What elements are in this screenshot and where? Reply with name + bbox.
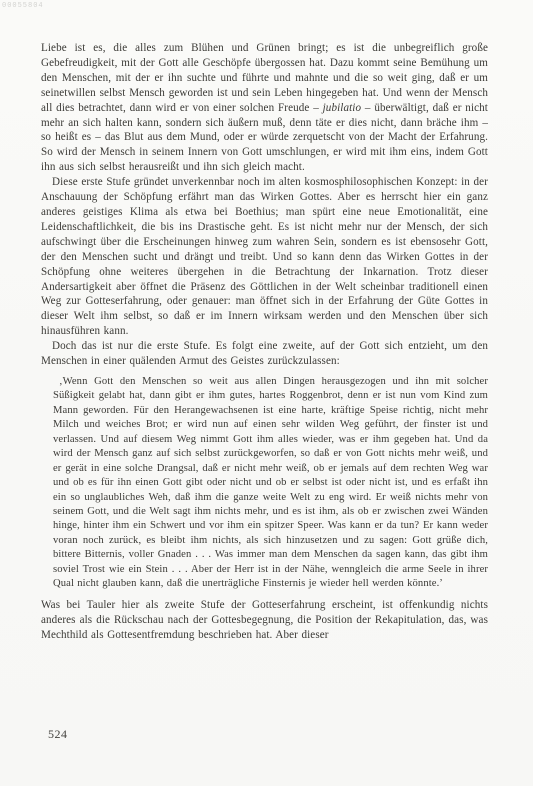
tauler-block-quote: ‚Wenn Gott den Menschen so weit aus alle… — [53, 375, 488, 592]
body-paragraph-2: Diese erste Stufe gründet unverkennbar n… — [41, 175, 488, 339]
body-paragraph-4: Was bei Tauler hier als zweite Stufe der… — [41, 598, 488, 643]
scanned-book-page: 00055804 Liebe ist es, die alles zum Blü… — [0, 0, 533, 786]
latin-term-jubilatio: jubilatio — [323, 102, 362, 114]
text-block: Liebe ist es, die alles zum Blühen und G… — [41, 41, 488, 642]
scan-edge-id: 00055804 — [2, 2, 44, 10]
body-paragraph-3: Doch das ist nur die erste Stufe. Es fol… — [41, 339, 488, 369]
page-number: 524 — [48, 727, 68, 742]
body-paragraph-1: Liebe ist es, die alles zum Blühen und G… — [41, 41, 488, 175]
